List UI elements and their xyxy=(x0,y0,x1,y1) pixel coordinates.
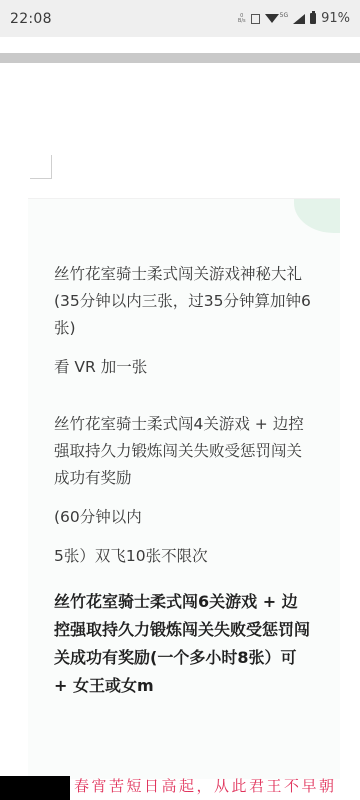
clock: 22:08 xyxy=(10,11,52,27)
footer-poem: 春宵苦短日高起，从此君王不早朝 xyxy=(74,772,360,800)
crop-corner-mark xyxy=(30,155,52,179)
paragraph-2: 看 VR 加一张 xyxy=(54,354,312,381)
paragraph-5: 5张）双飞10张不限次 xyxy=(54,543,312,570)
wifi-icon xyxy=(265,14,279,23)
status-bar: 22:08 0B/s 5G 91% xyxy=(0,0,360,37)
decorative-blob xyxy=(294,199,340,233)
net-speed-icon: 0B/s xyxy=(238,14,246,24)
text-card: 丝竹花室骑士柔式闯关游戏神秘大礼(35分钟以内三张，过35分钟算加钟6张) 看 … xyxy=(28,198,340,779)
battery-icon xyxy=(310,13,316,24)
paragraph-4: (60分钟以内 xyxy=(54,504,312,531)
header-bar xyxy=(0,53,360,63)
top-strip xyxy=(0,37,360,53)
sim-icon xyxy=(251,14,260,24)
footer-black-block xyxy=(0,776,70,800)
status-icons: 0B/s 5G 91% xyxy=(238,11,350,26)
signal-icon xyxy=(293,14,305,24)
network-type: 5G xyxy=(280,12,288,19)
paragraph-1: 丝竹花室骑士柔式闯关游戏神秘大礼(35分钟以内三张，过35分钟算加钟6张) xyxy=(54,261,312,342)
paragraph-3: 丝竹花室骑士柔式闯4关游戏 + 边控强取持久力锻炼闯关失败受惩罚闯关成功有奖励 xyxy=(54,411,312,492)
paragraph-6: 丝竹花室骑士柔式闯6关游戏 + 边控强取持久力锻炼闯关失败受惩罚闯关成功有奖励(… xyxy=(54,588,312,700)
card-content: 丝竹花室骑士柔式闯关游戏神秘大礼(35分钟以内三张，过35分钟算加钟6张) 看 … xyxy=(54,261,312,712)
battery-percent: 91% xyxy=(321,11,350,26)
